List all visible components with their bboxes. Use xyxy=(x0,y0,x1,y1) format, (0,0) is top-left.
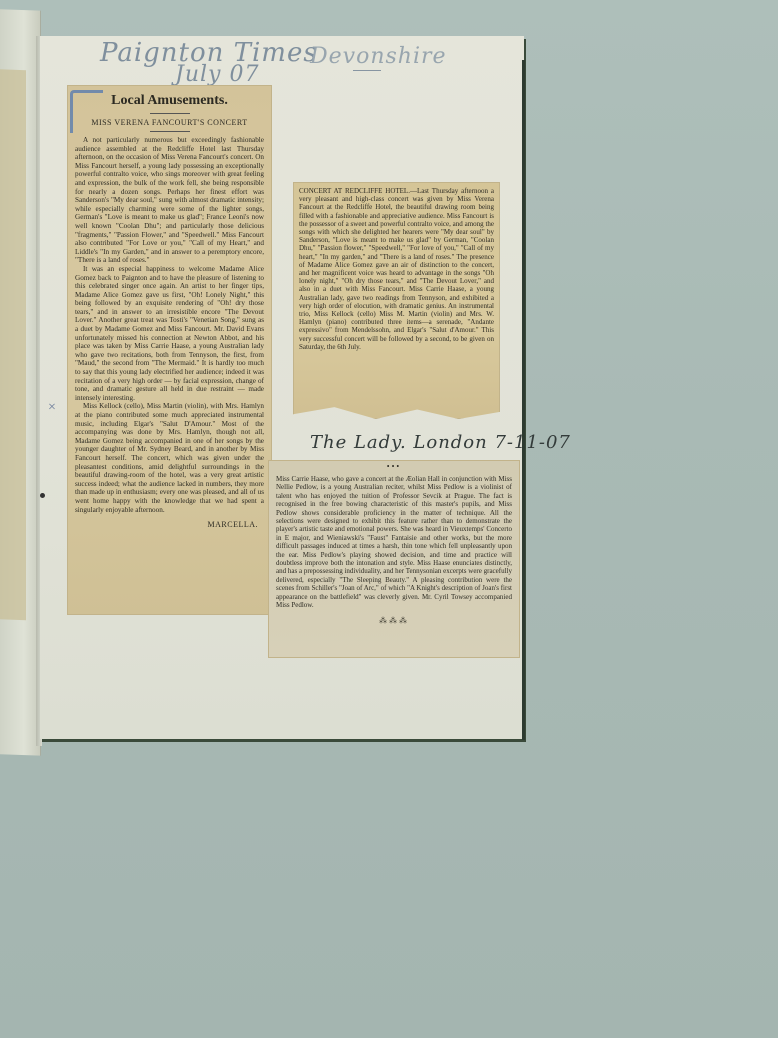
handwritten-date: July 07 xyxy=(175,62,259,87)
clipping-body: A not particularly numerous but exceedin… xyxy=(67,136,272,514)
left-page-edge xyxy=(0,9,41,755)
signature: MARCELLA. xyxy=(67,520,272,529)
title-rule xyxy=(150,113,190,114)
book-cover-edge xyxy=(522,60,525,740)
paragraph: A not particularly numerous but exceedin… xyxy=(75,136,264,265)
clipping-redcliffe-concert: CONCERT AT REDCLIFFE HOTEL.—Last Thursda… xyxy=(293,182,500,419)
handwritten-county: Devonshire xyxy=(310,44,447,69)
blue-pencil-mark xyxy=(70,90,103,133)
binding-hole xyxy=(40,493,45,498)
subtitle-rule xyxy=(150,131,190,132)
clipping-body: CONCERT AT REDCLIFFE HOTEL.—Last Thursda… xyxy=(293,182,500,356)
pencil-x-mark: × xyxy=(48,400,56,416)
paragraph: Miss Kellock (cello), Miss Martin (violi… xyxy=(75,402,264,514)
bottom-ornament: ⁂⁂⁂ xyxy=(268,616,520,625)
clipping-local-amusements: Local Amusements. MISS VERENA FANCOURT'S… xyxy=(67,85,272,615)
handwritten-underline xyxy=(353,70,381,71)
clipping-the-lady: ••• Miss Carrie Haase, who gave a concer… xyxy=(268,460,520,658)
paragraph: It was an especial happiness to welcome … xyxy=(75,265,264,403)
left-page-clipping-shadow xyxy=(0,69,26,620)
handwritten-lady-caption: The Lady. London 7-11-07 xyxy=(310,432,571,453)
clipping-body: Miss Carrie Haase, who gave a concert at… xyxy=(268,471,520,614)
top-ornament: ••• xyxy=(268,462,520,471)
